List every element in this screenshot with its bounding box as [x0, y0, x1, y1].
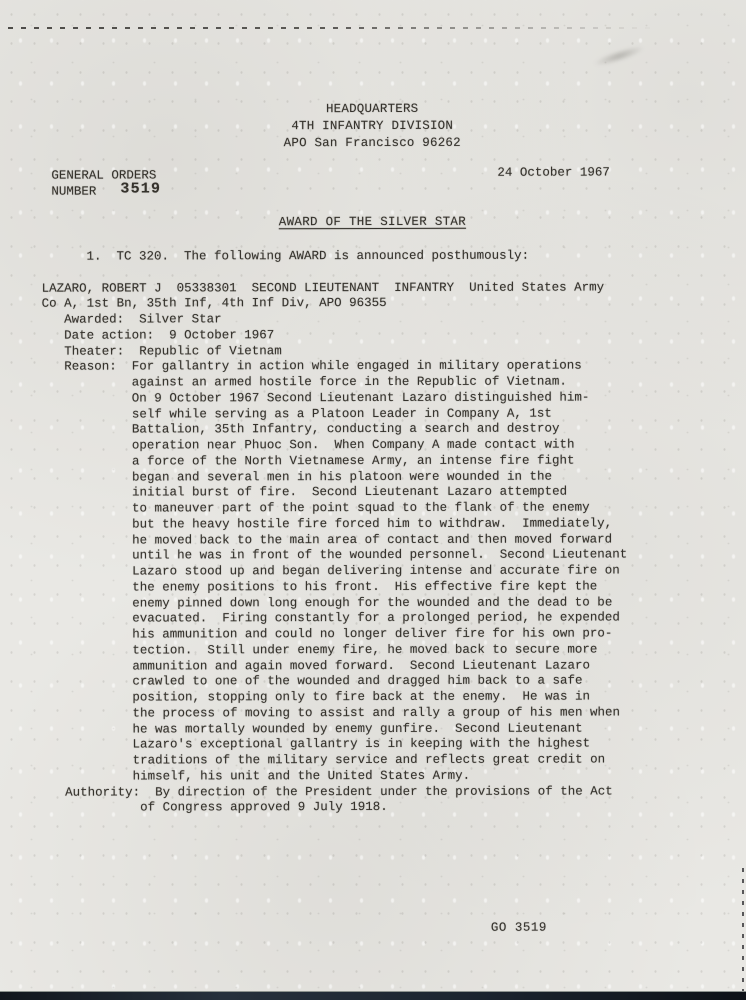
scanned-document: HEADQUARTERS 4TH INFANTRY DIVISION APO S… [0, 0, 746, 1000]
right-scan-mark [742, 868, 744, 992]
general-orders-block: GENERAL ORDERS NUMBER3519 [51, 168, 161, 199]
document-page: HEADQUARTERS 4TH INFANTRY DIVISION APO S… [0, 0, 746, 1000]
number-line: NUMBER3519 [51, 183, 161, 199]
order-number: 3519 [120, 181, 161, 196]
body-text: 1. TC 320. The following AWARD is announ… [41, 248, 627, 816]
division-line: 4TH INFANTRY DIVISION [0, 117, 745, 136]
footer-order-ref: GO 3519 [491, 921, 547, 935]
document-title: AWARD OF THE SILVER STAR [0, 214, 745, 230]
headquarters-line: HEADQUARTERS [0, 100, 745, 119]
apo-line: APO San Francisco 96262 [0, 134, 745, 153]
bottom-scan-edge [0, 991, 746, 1000]
letterhead: HEADQUARTERS 4TH INFANTRY DIVISION APO S… [0, 100, 745, 153]
number-label: NUMBER [51, 185, 96, 199]
document-date: 24 October 1967 [497, 166, 610, 180]
